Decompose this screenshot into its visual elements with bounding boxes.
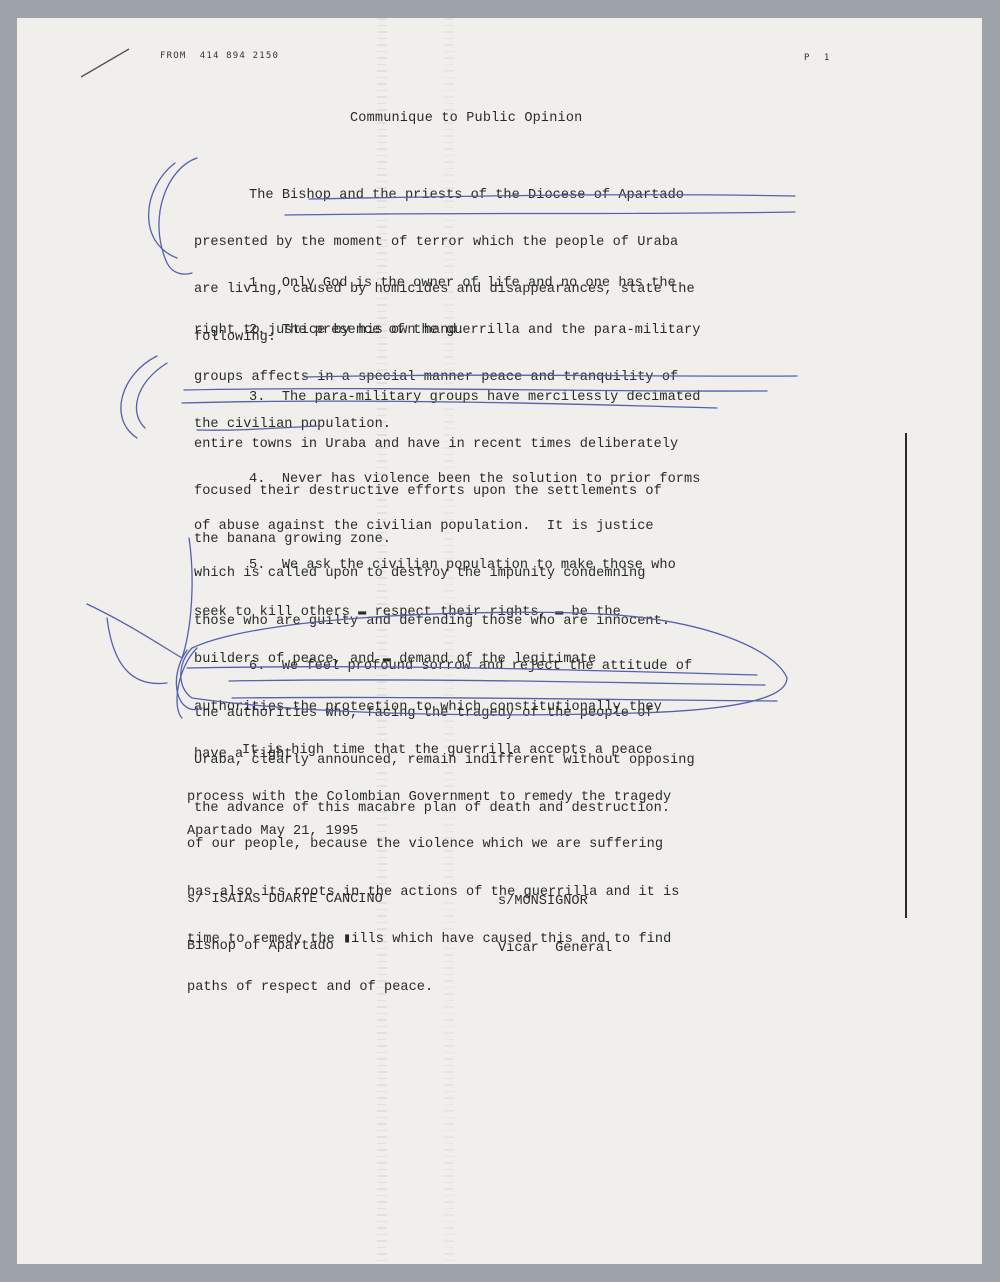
margin-rule — [905, 433, 907, 918]
date-line: Apartado May 21, 1995 — [187, 824, 358, 840]
pencil-mark-icon — [77, 43, 137, 83]
point-line: 2. The presence of the guerrilla and the… — [194, 323, 700, 339]
closing-line: process with the Colombian Government to… — [187, 790, 679, 806]
point-line: 3. The para-military groups have mercile… — [194, 390, 700, 406]
signature-vicar: s/MONSIGNOR Vicar General — [498, 862, 612, 988]
point-line: 1. Only God is the owner of life and no … — [194, 276, 676, 292]
document-title: Communique to Public Opinion — [350, 111, 582, 126]
point-line: 4. Never has violence been the solution … — [194, 472, 700, 488]
point-line: 5. We ask the civilian population to mak… — [194, 558, 676, 574]
point-line: seek to kill others ▬ respect their righ… — [194, 605, 676, 621]
fax-from-header: FROM 414 894 2150 — [160, 51, 279, 61]
document-page: FROM 414 894 2150 P 1 Communique to Publ… — [17, 18, 982, 1264]
point-line: 6. We feel profound sorrow and reject th… — [194, 659, 695, 675]
closing-line: It is high time that the guerrilla accep… — [187, 743, 679, 759]
signature-name: s/ ISAIAS DUARTE CANCINO — [187, 892, 383, 908]
signature-bishop: s/ ISAIAS DUARTE CANCINO Bishop of Apart… — [187, 860, 383, 986]
intro-line: The Bishop and the priests of the Dioces… — [194, 188, 695, 204]
signature-name: s/MONSIGNOR — [498, 894, 612, 910]
signature-title: Bishop of Apartado — [187, 939, 383, 955]
page-number: P 1 — [804, 53, 830, 63]
signature-title: Vicar General — [498, 941, 612, 957]
